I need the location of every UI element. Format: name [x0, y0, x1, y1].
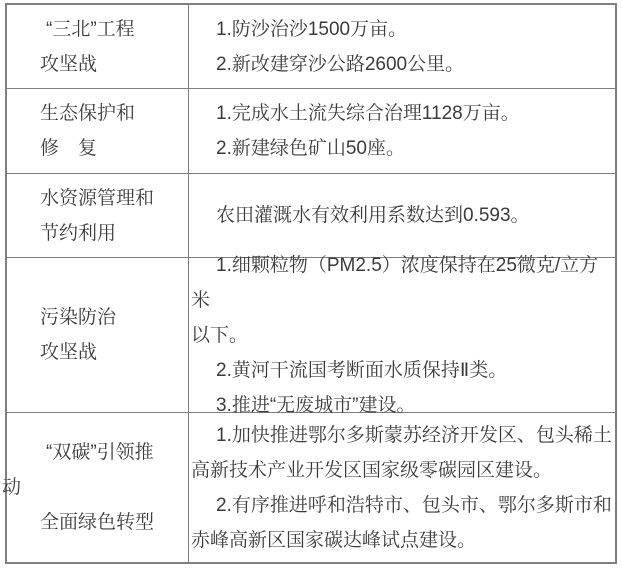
category-line: 修 复 — [40, 131, 188, 166]
item-line: 2.新改建穿沙公路2600公里。 — [191, 47, 613, 82]
category-line: 水资源管理和 — [40, 181, 188, 216]
items-cell: 农田灌溉水有效利用系数达到0.593。 — [189, 174, 615, 257]
category-cell: “三北”工程 攻坚战 — [7, 5, 189, 88]
category-line: “双碳”引领推 — [40, 435, 188, 470]
category-line: 节约利用 — [40, 216, 188, 251]
items-cell: 1.细颗粒物（PM2.5）浓度保持在25微克/立方米 以下。 2.黄河干流国考断… — [189, 258, 615, 412]
item-line: 2.黄河干流国考断面水质保持Ⅱ类。 — [191, 353, 613, 388]
category-line: 生态保护和 — [40, 96, 188, 131]
category-line: 污染防治 — [40, 300, 188, 335]
item-line: 以下。 — [191, 318, 613, 353]
category-cell: 生态保护和 修 复 — [7, 89, 189, 173]
item-line: 2.有序推进呼和浩特市、包头市、鄂尔多斯市和 — [191, 488, 613, 523]
category-line: 动 — [2, 470, 188, 505]
item-line: 1.完成水土流失综合治理1128万亩。 — [191, 96, 613, 131]
table-row: 生态保护和 修 复 1.完成水土流失综合治理1128万亩。 2.新建绿色矿山50… — [7, 88, 615, 173]
item-line: 1.防沙治沙1500万亩。 — [191, 12, 613, 47]
items-cell: 1.完成水土流失综合治理1128万亩。 2.新建绿色矿山50座。 — [189, 89, 615, 173]
category-cell: “双碳”引领推 动 全面绿色转型 — [7, 413, 189, 562]
category-line: “三北”工程 — [40, 12, 188, 47]
category-cell: 水资源管理和 节约利用 — [7, 174, 189, 257]
table-row: 水资源管理和 节约利用 农田灌溉水有效利用系数达到0.593。 — [7, 173, 615, 257]
item-line: 农田灌溉水有效利用系数达到0.593。 — [191, 198, 613, 233]
achievements-table: “三北”工程 攻坚战 1.防沙治沙1500万亩。 2.新改建穿沙公路2600公里… — [5, 3, 617, 564]
table-row: “三北”工程 攻坚战 1.防沙治沙1500万亩。 2.新改建穿沙公路2600公里… — [7, 5, 615, 88]
category-cell: 污染防治 攻坚战 — [7, 258, 189, 412]
item-line: 2.新建绿色矿山50座。 — [191, 131, 613, 166]
item-line: 1.加快推进鄂尔多斯蒙苏经济开发区、包头稀土 — [191, 418, 613, 453]
item-line: 1.细颗粒物（PM2.5）浓度保持在25微克/立方米 — [191, 248, 613, 318]
category-line: 全面绿色转型 — [40, 505, 188, 540]
items-cell: 1.防沙治沙1500万亩。 2.新改建穿沙公路2600公里。 — [189, 5, 615, 88]
table-row: “双碳”引领推 动 全面绿色转型 1.加快推进鄂尔多斯蒙苏经济开发区、包头稀土 … — [7, 412, 615, 562]
category-line: 攻坚战 — [40, 47, 188, 82]
table-row: 污染防治 攻坚战 1.细颗粒物（PM2.5）浓度保持在25微克/立方米 以下。 … — [7, 257, 615, 412]
items-cell: 1.加快推进鄂尔多斯蒙苏经济开发区、包头稀土 高新技术产业开发区国家级零碳园区建… — [189, 413, 615, 562]
category-line: 攻坚战 — [40, 335, 188, 370]
item-line: 高新技术产业开发区国家级零碳园区建设。 — [191, 453, 613, 488]
item-line: 赤峰高新区国家碳达峰试点建设。 — [191, 523, 613, 558]
